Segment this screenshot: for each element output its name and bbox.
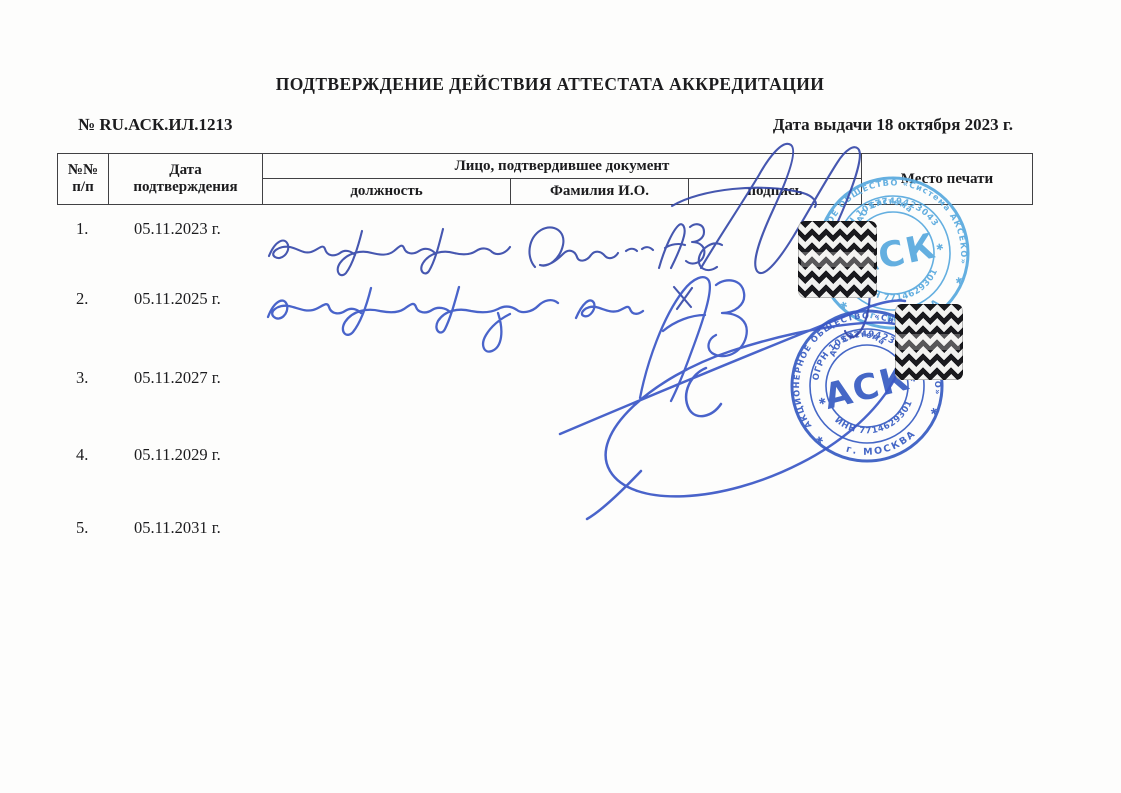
row-number: 1. xyxy=(76,219,88,239)
stamp-inn-text: ИНН 7714629301 xyxy=(831,397,920,445)
header-signature: подпись xyxy=(689,179,861,204)
redaction-band xyxy=(801,252,874,267)
handwriting-row-2 xyxy=(268,277,905,519)
header-date: Дата подтверждения xyxy=(109,154,263,204)
stamp-star-icon: ✱ xyxy=(955,275,964,286)
row-date: 05.11.2027 г. xyxy=(134,368,221,388)
table-row: 2. 05.11.2025 г. xyxy=(57,289,1031,311)
header-stamp-place: Место печати xyxy=(861,154,1032,204)
row-date: 05.11.2023 г. xyxy=(134,219,221,239)
redaction-band xyxy=(898,334,961,349)
header-position: должность xyxy=(263,179,511,204)
row-date: 05.11.2025 г. xyxy=(134,289,221,309)
header-num: №№ п/п xyxy=(58,154,109,204)
stamp-company-short-text: АО Система xyxy=(824,324,888,360)
table-row: 4. 05.11.2029 г. xyxy=(57,445,1031,467)
table-row: 3. 05.11.2027 г. xyxy=(57,368,1031,390)
signature-flourish-row-2 xyxy=(560,300,905,519)
stamp-star-icon: ✱ xyxy=(935,241,944,252)
row-number: 2. xyxy=(76,289,88,309)
table-row: 1. 05.11.2023 г. xyxy=(57,219,1031,241)
header-person-group: Лицо, подтвердившее документ xyxy=(263,154,861,179)
document-title: ПОДТВЕРЖДЕНИЕ ДЕЙСТВИЯ АТТЕСТАТА АККРЕДИ… xyxy=(40,74,1060,95)
issue-date: Дата выдачи 18 октября 2023 г. xyxy=(773,115,1013,135)
table-row: 5. 05.11.2031 г. xyxy=(57,518,1031,540)
svg-text:ИНН 7714629301: ИНН 7714629301 xyxy=(831,397,920,445)
row-date: 05.11.2031 г. xyxy=(134,518,221,538)
stamp-star-icon: ✱ xyxy=(817,395,827,407)
redaction-block-1 xyxy=(798,221,877,298)
redaction-block-2 xyxy=(895,304,963,380)
row-number: 5. xyxy=(76,518,88,538)
row-number: 3. xyxy=(76,368,88,388)
row-number: 4. xyxy=(76,445,88,465)
header-name: Фамилия И.О. xyxy=(511,179,689,204)
svg-text:АО Система: АО Система xyxy=(824,324,888,360)
certificate-number: № RU.АСК.ИЛ.1213 xyxy=(78,115,233,135)
stamp-star-icon: ✱ xyxy=(929,406,939,418)
document-meta: № RU.АСК.ИЛ.1213 Дата выдачи 18 октября … xyxy=(78,115,1013,135)
row-date: 05.11.2029 г. xyxy=(134,445,221,465)
document-page: ПОДТВЕРЖДЕНИЕ ДЕЙСТВИЯ АТТЕСТАТА АККРЕДИ… xyxy=(0,0,1121,793)
confirmation-table-header: №№ п/п Дата подтверждения Лицо, подтверд… xyxy=(57,153,1033,205)
